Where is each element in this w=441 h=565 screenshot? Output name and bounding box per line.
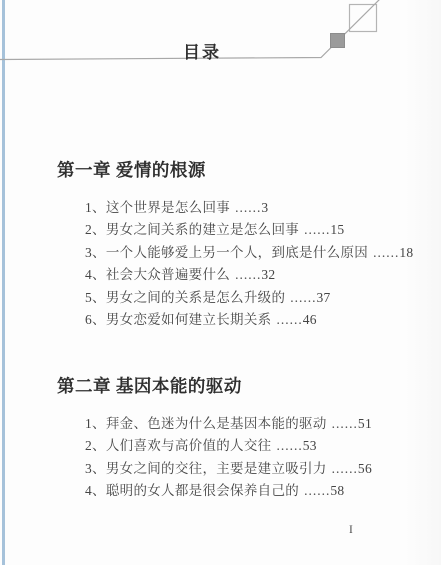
toc-entry-label: 4、社会大众普遍要什么: [85, 267, 230, 282]
toc-entry-page: 18: [399, 245, 413, 260]
toc-entry-page: 58: [330, 483, 344, 498]
toc-entry-label: 4、聪明的女人都是很会保养自己的: [85, 483, 299, 498]
chapter-section: 第一章 爱情的根源1、这个世界是怎么回事......32、男女之间关系的建立是怎…: [0, 158, 441, 331]
toc-entry: 2、男女之间关系的建立是怎么回事......15: [85, 219, 441, 241]
toc-entry-label: 2、人们喜欢与高价值的人交往: [85, 438, 271, 453]
toc-entry: 6、男女恋爱如何建立长期关系......46: [85, 309, 441, 331]
toc-entry-dot-leader: ......: [332, 461, 358, 476]
toc-entry: 1、拜金、色迷为什么是基因本能的驱动......51: [85, 413, 441, 435]
toc-entry-dot-leader: ......: [276, 438, 302, 453]
toc-entry-page: 53: [303, 438, 317, 453]
toc-entry-label: 1、拜金、色迷为什么是基因本能的驱动: [85, 416, 327, 431]
toc-entry-dot-leader: ......: [373, 245, 399, 260]
toc-entry-dot-leader: ......: [304, 483, 330, 498]
toc-entry: 4、社会大众普遍要什么......32: [85, 264, 441, 286]
toc-entry: 1、这个世界是怎么回事......3: [85, 197, 441, 219]
chapter-section: 第二章 基因本能的驱动1、拜金、色迷为什么是基因本能的驱动......512、人…: [0, 374, 441, 503]
toc-entry-label: 5、男女之间的关系是怎么升级的: [85, 290, 285, 305]
toc-entry-label: 3、一个人能够爱上另一个人，到底是什么原因: [85, 245, 368, 260]
corner-outline-square: [350, 5, 377, 32]
toc-entry-dot-leader: ......: [276, 312, 302, 327]
toc-entry-page: 46: [303, 312, 317, 327]
chapter-title: 第二章 基因本能的驱动: [0, 374, 441, 398]
toc-entry-dot-leader: ......: [332, 416, 358, 431]
toc-entry-page: 15: [330, 222, 344, 237]
toc-entry-page: 37: [317, 290, 331, 305]
page-number: I: [349, 524, 353, 536]
toc-entry-label: 3、男女之间的交往，主要是建立吸引力: [85, 461, 327, 476]
toc-entry-label: 1、这个世界是怎么回事: [85, 200, 230, 215]
toc-entry: 2、人们喜欢与高价值的人交往......53: [85, 435, 441, 457]
chapter-items: 1、拜金、色迷为什么是基因本能的驱动......512、人们喜欢与高价值的人交往…: [0, 413, 441, 503]
toc-entry-dot-leader: ......: [235, 200, 261, 215]
toc-entry-page: 51: [358, 416, 372, 431]
toc-entry: 3、一个人能够爱上另一个人，到底是什么原因......18: [85, 242, 441, 264]
chapter-title: 第一章 爱情的根源: [0, 158, 441, 182]
toc-entry-label: 6、男女恋爱如何建立长期关系: [85, 312, 271, 327]
page-title: 目录: [183, 38, 221, 63]
toc-entry-page: 3: [261, 200, 268, 215]
toc-entry-page: 56: [358, 461, 372, 476]
toc-entry: 5、男女之间的关系是怎么升级的......37: [85, 287, 441, 309]
toc-entry: 4、聪明的女人都是很会保养自己的......58: [85, 480, 441, 502]
toc-entry-dot-leader: ......: [290, 290, 316, 305]
toc-entry-label: 2、男女之间关系的建立是怎么回事: [85, 222, 299, 237]
corner-filled-square: [331, 34, 345, 48]
toc-entry-dot-leader: ......: [235, 267, 261, 282]
toc-entry: 3、男女之间的交往，主要是建立吸引力......56: [85, 458, 441, 480]
toc-entry-page: 32: [261, 267, 275, 282]
chapter-items: 1、这个世界是怎么回事......32、男女之间关系的建立是怎么回事......…: [0, 197, 441, 331]
toc-entry-dot-leader: ......: [304, 222, 330, 237]
